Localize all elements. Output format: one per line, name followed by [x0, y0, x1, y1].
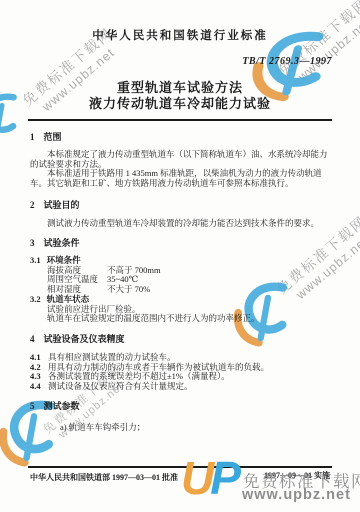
- section-5-item-a: a) 轨道车车钩牵引力；: [30, 423, 332, 433]
- item-number: 4.4: [30, 382, 48, 392]
- section-1-paragraph-2: 本标准适用于铁路用 1 435mm 标准轨距，以柴油机为动力的液力传动轨道车。其…: [30, 169, 332, 188]
- section-title: 测试参数: [44, 401, 80, 411]
- subsection-number: 3.1: [30, 256, 41, 266]
- section-4-heading: 4 试验设备及仪表精度: [30, 334, 332, 344]
- section-number: 1: [30, 132, 35, 142]
- section-2-paragraph-1: 测试液力传动重型轨道车冷却装置的冷却能力能否达到技术条件的要求。: [30, 219, 332, 229]
- section-2-heading: 2 试验目的: [30, 200, 332, 210]
- section-number: 4: [30, 334, 35, 344]
- section-1-heading: 1 范围: [30, 132, 332, 142]
- section-title: 试验目的: [44, 200, 80, 210]
- upbz-brand-logo: UP: [181, 451, 237, 505]
- section-title: 范围: [44, 132, 62, 142]
- brand-letter-p: P: [210, 452, 237, 504]
- standard-number: TB/T 2769.3—1997: [242, 56, 332, 67]
- section-number: 3: [30, 238, 35, 248]
- section-number: 5: [30, 401, 35, 411]
- brand-site-url: www.upbz.net: [242, 487, 351, 503]
- item-text: 测试设备及仪表应符合有关计量规定。: [48, 382, 193, 392]
- section-1-paragraph-1: 本标准规定了液力传动重型轨道车（以下简称轨道车）油、水系统冷却能力的试验要求和方…: [30, 150, 332, 169]
- document-body: 1 范围 本标准规定了液力传动重型轨道车（以下简称轨道车）油、水系统冷却能力的试…: [30, 132, 332, 433]
- section-5-heading: 5 测试参数: [30, 401, 332, 411]
- header-divider: [28, 119, 332, 121]
- footer-approved: 中华人民共和国铁道部 1997—03—01 批准: [30, 472, 178, 483]
- section-4-item: 4.4 测试设备及仪表应符合有关计量规定。: [30, 382, 332, 392]
- env-value: 不大于 70%: [107, 285, 150, 295]
- section-3-2-line-2: 轨道车在试验规定的温度范围内不进行人为的功率修正。: [30, 314, 332, 324]
- standard-document-page: 免费标准下载网 www.upbz.net 免费标准下载网 www.upbz.ne…: [0, 0, 360, 512]
- section-title: 试验条件: [44, 238, 80, 248]
- section-3-heading: 3 试验条件: [30, 238, 332, 248]
- brand-letter-u: U: [181, 452, 210, 504]
- section-number: 2: [30, 200, 35, 210]
- document-title-line2: 液力传动轨道车冷却能力试验: [0, 93, 360, 112]
- subsection-number: 3.2: [30, 295, 41, 305]
- standard-header-title: 中华人民共和国铁道行业标准: [0, 27, 360, 43]
- section-title: 试验设备及仪表精度: [44, 334, 125, 344]
